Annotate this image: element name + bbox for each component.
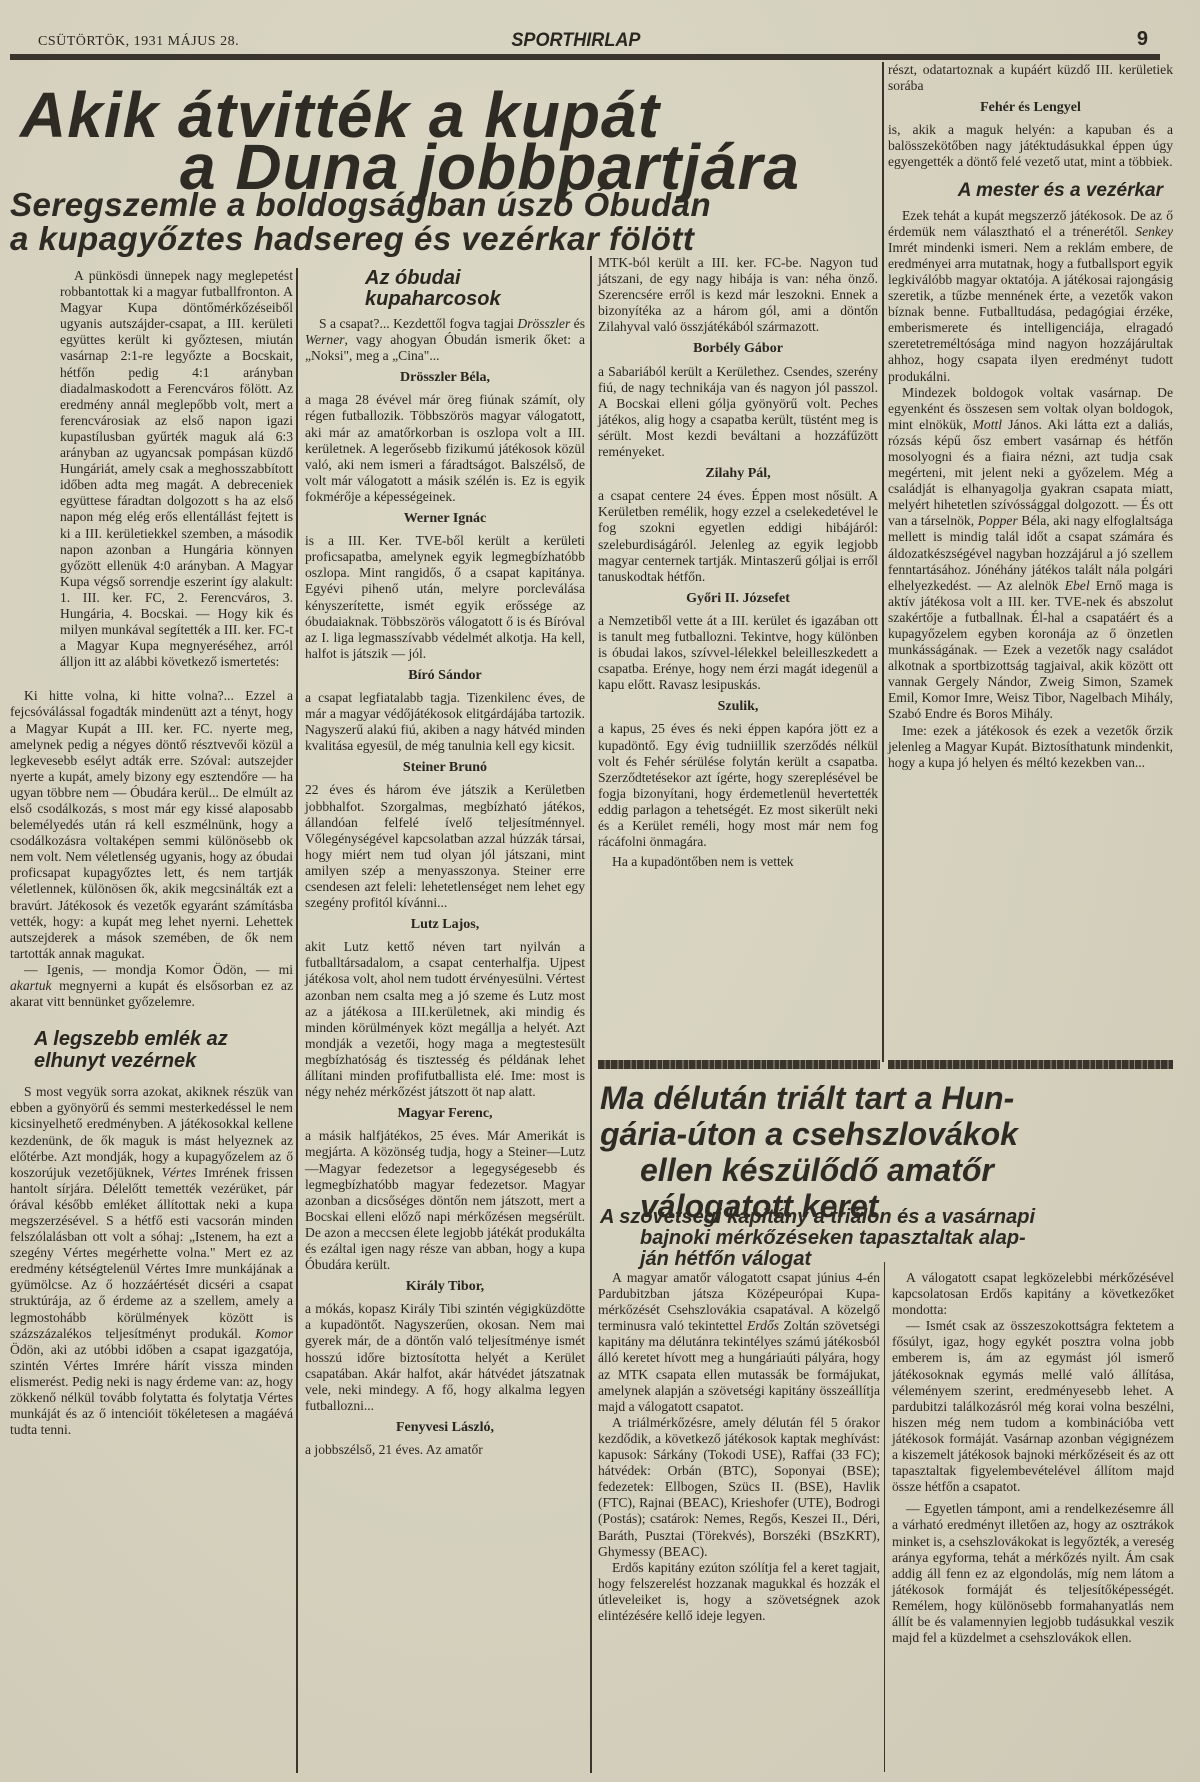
player-name: Fenyvesi László, [305,1420,585,1436]
paragraph: — Ismét csak az összeszokottságra fektet… [892,1318,1174,1495]
player-profiles: Borbély Gábora Sabariából került a Kerül… [598,341,878,850]
player-description: a Sabariából került a Kerülethez. Csende… [598,364,878,461]
trial-subheadline-line: bajnoki mérkőzéseken tapasztaltak alap- [640,1227,1026,1249]
issue-date: CSÜTÖRTÖK, 1931 MÁJUS 28. [38,34,239,50]
player-name: Zilahy Pál, [598,466,878,482]
article-column-4: részt, odatartoznak a kupáért küzdő III.… [888,62,1173,771]
player-name: Király Tibor, [305,1279,585,1295]
article-intro: A pünkösdi ünnepek nagy meglepetést robb… [60,268,293,670]
trial-headline-line: Ma délután triált tart a Hun- [600,1080,1014,1116]
player-description: a maga 28 évével már öreg fiúnak számít,… [305,392,585,505]
player-name: Steiner Brunó [305,760,585,776]
paragraph: is, akik a maguk helyén: a kapuban és a … [888,122,1173,170]
player-name: Szulik, [598,699,878,715]
trial-headline-line: gária-úton a csehszlovákok [600,1116,1018,1152]
player-description: a csapat centere 24 éves. Éppen most nős… [598,488,878,585]
section-heading: A legszebb emlék az elhunyt vezérnek [10,1028,293,1072]
player-description: a csapat legfiatalabb tagja. Tizenkilenc… [305,690,585,754]
paragraph: — Egyetlen támpont, ami a rendelkezésemr… [892,1501,1174,1646]
trial-column-right: A válogatott csapat legközelebbi mérkőzé… [892,1270,1174,1646]
player-description: a másik halfjátékos, 25 éves. Már Amerik… [305,1128,585,1273]
masthead: CSÜTÖRTÖK, 1931 MÁJUS 28. SPORTHIRLAP 9 [38,30,1158,54]
paragraph: Ki hitte volna, ki hitte volna?... Ezzel… [10,688,293,962]
player-description: 22 éves és három éve játszik a Kerületbe… [305,782,585,911]
section-heading: A mester és a vezérkar [888,181,1163,200]
article-column-1: A pünkösdi ünnepek nagy meglepetést robb… [10,268,293,1438]
column-divider [296,268,298,1773]
player-name: Győri II. Józsefet [598,591,878,607]
paragraph: S a csapat?... Kezdettől fogva tagjai Dr… [305,316,585,364]
paragraph: A válogatott csapat legközelebbi mérkőzé… [892,1270,1174,1318]
paragraph: Erdős kapitány ezúton szólítja fel a ker… [598,1560,880,1624]
paragraph: részt, odatartoznak a kupáért küzdő III.… [888,62,1173,94]
newspaper-page: CSÜTÖRTÖK, 1931 MÁJUS 28. SPORTHIRLAP 9 … [0,0,1200,1782]
player-name: Magyar Ferenc, [305,1106,585,1122]
newspaper-title: SPORTHIRLAP [511,30,640,52]
player-name: Werner Ignác [305,511,585,527]
player-name: Lutz Lajos, [305,917,585,933]
column-divider [882,62,884,1062]
paragraph: Ime: ezek a játékosok és ezek a vezetők … [888,723,1173,771]
player-description: a jobbszélső, 21 éves. Az amatőr [305,1442,585,1458]
column-divider [590,256,592,1773]
player-name: Fehér és Lengyel [888,100,1173,116]
article-column-2: Az óbudai kupaharcosok S a csapat?... Ke… [305,268,585,1458]
masthead-rule [10,54,1160,60]
subheadline-line-2: a kupagyőztes hadsereg és vezérkar fölöt… [10,220,694,258]
player-description: a Nemzetiből vette át a III. kerület és … [598,613,878,693]
article-column-3: MTK-ból került a III. ker. FC-be. Nagyon… [598,255,878,870]
trial-column-left: A magyar amatőr válogatott csapat június… [598,1270,880,1624]
player-profiles: Drösszler Béla,a maga 28 évével már öreg… [305,370,585,1458]
player-name: Drösszler Béla, [305,370,585,386]
paragraph: A magyar amatőr válogatott csapat június… [598,1270,880,1415]
paragraph: MTK-ból került a III. ker. FC-be. Nagyon… [598,255,878,335]
subheadline-line-1: Seregszemle a boldogságban úszó Óbudán [10,186,711,224]
trial-subheadline-line: ján hétfőn válogat [640,1248,811,1270]
section-heading: Az óbudai kupaharcosok [365,268,585,310]
player-name: Bíró Sándor [305,668,585,684]
paragraph: Ezek tehát a kupát megszerző játékosok. … [888,208,1173,385]
paragraph: A triálmérkőzésre, amely délután fél 5 ó… [598,1415,880,1560]
paragraph: Mindezek boldogok voltak vasárnap. De eg… [888,385,1173,723]
trial-headline-line: ellen készülődő amatőr [640,1152,994,1188]
page-number: 9 [1137,28,1148,51]
decorative-rule [598,1060,880,1069]
column-divider [884,1262,885,1772]
player-name: Borbély Gábor [598,341,878,357]
player-description: is a III. Ker. TVE-ből került a kerületi… [305,533,585,662]
player-description: a kapus, 25 éves és neki éppen kapóra jö… [598,721,878,850]
paragraph: Ha a kupadöntőben nem is vettek [598,854,878,870]
trial-subheadline-line: A szövetségi kapitány a triálon és a vas… [600,1206,1035,1228]
player-description: akit Lutz kettő néven tart nyilván a fut… [305,939,585,1100]
decorative-rule [888,1060,1173,1069]
paragraph: — Igenis, — mondja Komor Ödön, — mi akar… [10,962,293,1010]
paragraph: S most vegyük sorra azokat, akiknek rész… [10,1084,293,1438]
player-description: a mókás, kopasz Király Tibi szintén végi… [305,1301,585,1414]
